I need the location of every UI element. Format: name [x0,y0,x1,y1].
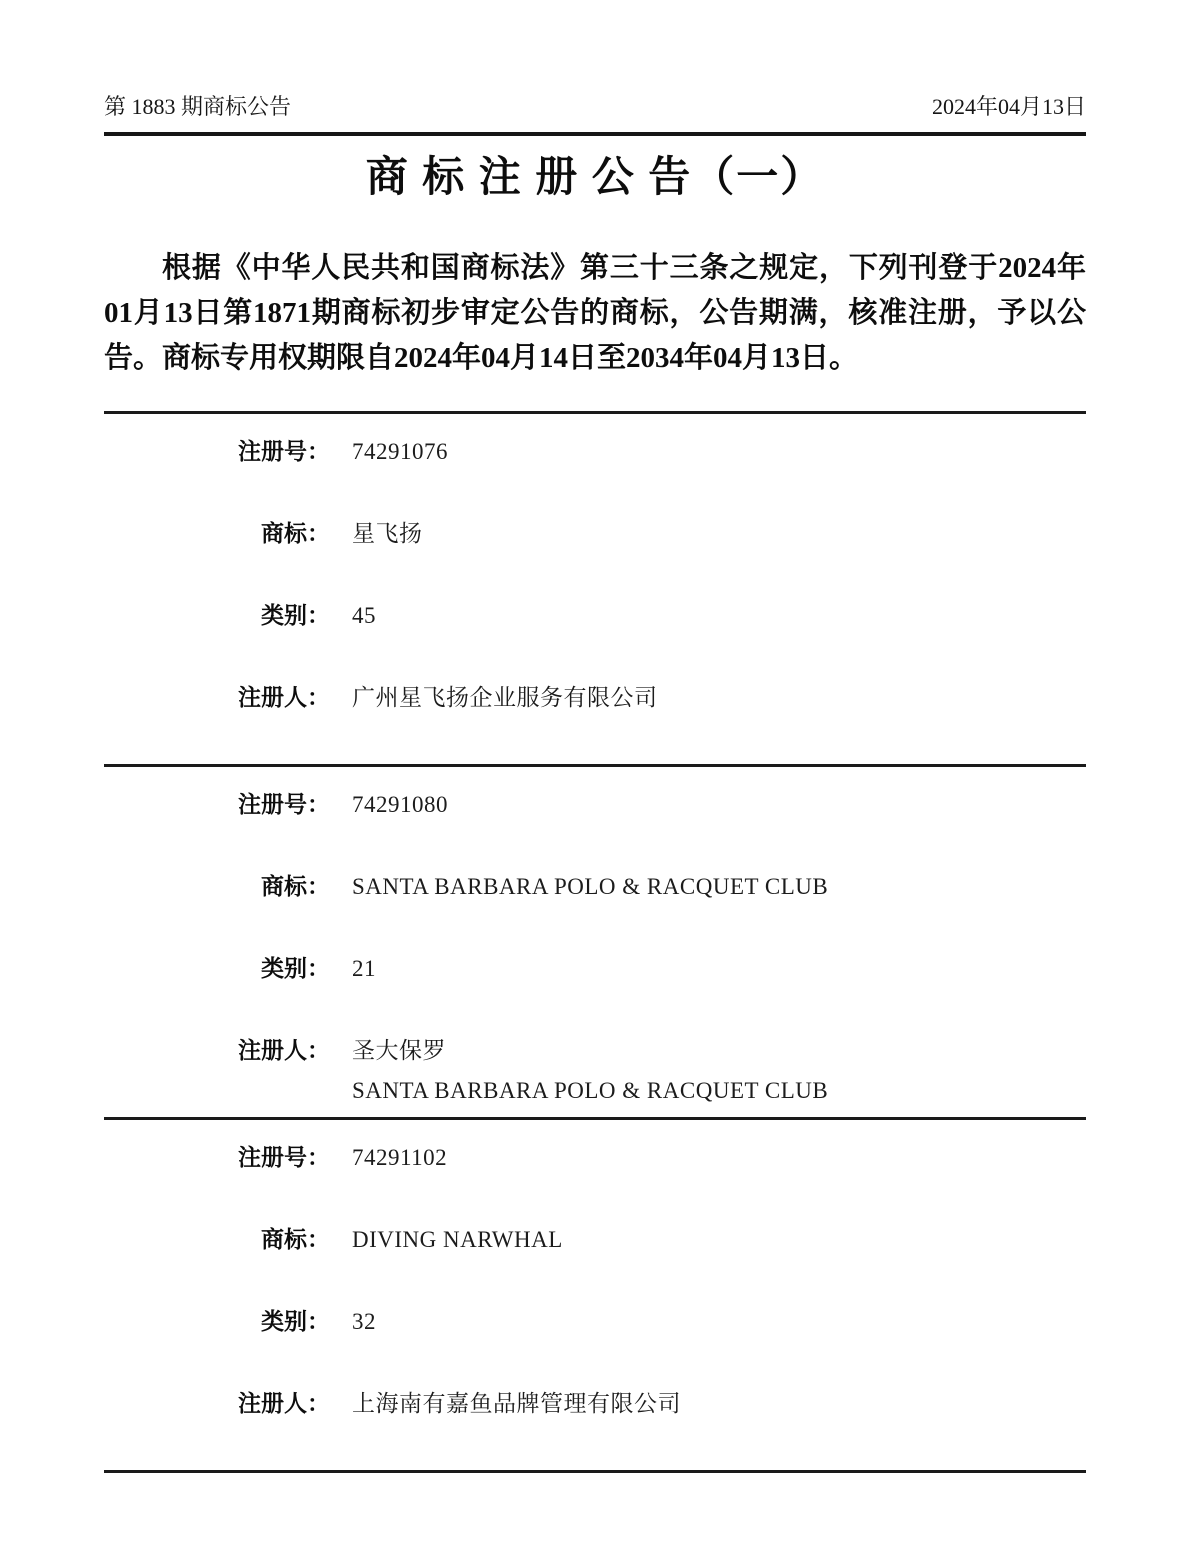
trademark-record: 注册号： 74291102 商标： DIVING NARWHAL 类别： 32 … [104,1117,1086,1470]
field-label-registrant: 注册人： [104,1038,330,1063]
record-field-class: 类别： 32 [104,1309,1086,1334]
field-label-trademark: 商标： [104,521,330,546]
field-label-trademark: 商标： [104,1227,330,1252]
registrant-line: 圣大保罗 [352,1038,828,1063]
field-value-regno: 74291076 [352,439,448,464]
registrant-line: SANTA BARBARA POLO & RACQUET CLUB [352,1078,828,1103]
records-list: 注册号： 74291076 商标： 星飞扬 类别： 45 注册人： 广州星飞扬企… [104,411,1086,1470]
field-value-class: 32 [352,1309,376,1334]
page-title: 商 标 注 册 公 告（一） [104,150,1086,206]
field-label-regno: 注册号： [104,792,330,817]
field-label-trademark: 商标： [104,874,330,899]
record-field-trademark: 商标： DIVING NARWHAL [104,1227,1086,1252]
field-value-trademark: DIVING NARWHAL [352,1227,563,1252]
header-rule [104,132,1086,136]
page-header: 第 1883 期商标公告 2024年04月13日 [104,94,1086,120]
record-field-registrant: 注册人： 广州星飞扬企业服务有限公司 [104,685,1086,710]
field-value-class: 45 [352,603,376,628]
record-field-regno: 注册号： 74291080 [104,792,1086,817]
field-label-regno: 注册号： [104,439,330,464]
header-issue-number: 第 1883 期商标公告 [104,94,291,120]
registrant-line: 广州星飞扬企业服务有限公司 [352,685,658,710]
field-value-trademark: 星飞扬 [352,521,423,546]
field-value-class: 21 [352,956,376,981]
field-label-regno: 注册号： [104,1145,330,1170]
record-field-class: 类别： 21 [104,956,1086,981]
record-field-class: 类别： 45 [104,603,1086,628]
field-label-class: 类别： [104,956,330,981]
document-page: 第 1883 期商标公告 2024年04月13日 商 标 注 册 公 告（一） … [0,0,1190,1564]
record-field-registrant: 注册人： 圣大保罗SANTA BARBARA POLO & RACQUET CL… [104,1038,1086,1103]
trademark-record: 注册号： 74291080 商标： SANTA BARBARA POLO & R… [104,764,1086,1117]
registrant-line: 上海南有嘉鱼品牌管理有限公司 [352,1391,681,1416]
record-field-regno: 注册号： 74291102 [104,1145,1086,1170]
field-label-class: 类别： [104,603,330,628]
intro-paragraph: 根据《中华人民共和国商标法》第三十三条之规定，下列刊登于2024年01月13日第… [104,246,1086,381]
field-value-trademark: SANTA BARBARA POLO & RACQUET CLUB [352,874,828,899]
field-label-registrant: 注册人： [104,685,330,710]
field-value-registrant: 圣大保罗SANTA BARBARA POLO & RACQUET CLUB [352,1038,828,1103]
record-field-trademark: 商标： SANTA BARBARA POLO & RACQUET CLUB [104,874,1086,899]
field-value-registrant: 上海南有嘉鱼品牌管理有限公司 [352,1391,681,1416]
record-field-regno: 注册号： 74291076 [104,439,1086,464]
record-field-trademark: 商标： 星飞扬 [104,521,1086,546]
field-value-registrant: 广州星飞扬企业服务有限公司 [352,685,658,710]
trademark-record: 注册号： 74291076 商标： 星飞扬 类别： 45 注册人： 广州星飞扬企… [104,411,1086,764]
header-date: 2024年04月13日 [932,94,1086,120]
field-label-registrant: 注册人： [104,1391,330,1416]
field-value-regno: 74291102 [352,1145,447,1170]
field-value-regno: 74291080 [352,792,448,817]
bottom-rule [104,1470,1086,1473]
field-label-class: 类别： [104,1309,330,1334]
record-field-registrant: 注册人： 上海南有嘉鱼品牌管理有限公司 [104,1391,1086,1416]
